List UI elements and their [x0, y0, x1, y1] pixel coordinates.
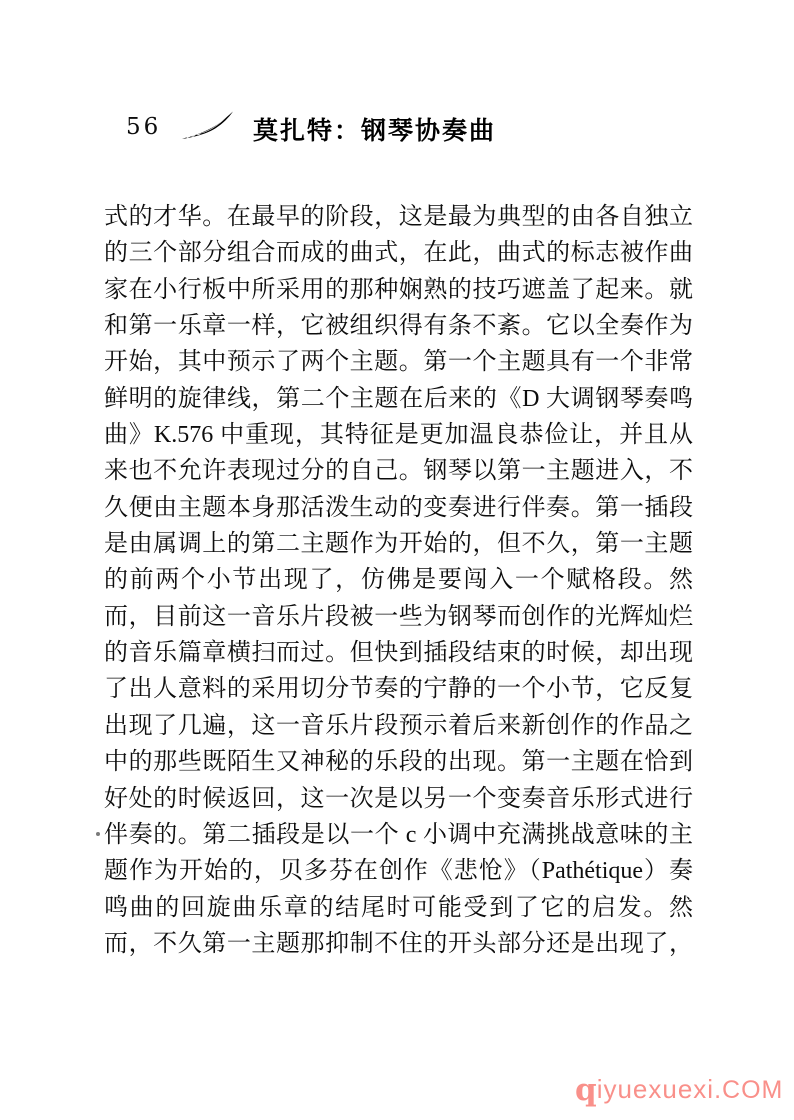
text-line: 是由属调上的第二主题作为开始的，但不久，第一主题 — [104, 526, 693, 562]
text-line: 的音乐篇章横扫而过。但快到插段结束的时候，却出现 — [104, 635, 693, 671]
text-line: 式的才华。在最早的阶段，这是最为典型的由各自独立 — [104, 199, 693, 235]
watermark-lead: q — [575, 1072, 597, 1108]
text-line: 和第一乐章一样，它被组织得有条不紊。它以全奏作为 — [104, 308, 693, 344]
text-line: 鸣曲的回旋曲乐章的结尾时可能受到了它的启发。然 — [104, 890, 693, 926]
text-line: 开始，其中预示了两个主题。第一个主题具有一个非常 — [104, 344, 693, 380]
text-line: 的前两个小节出现了，仿佛是要闯入一个赋格段。然 — [104, 562, 693, 598]
page-number: 56 — [126, 114, 161, 140]
text-line: 家在小行板中所采用的那种娴熟的技巧遮盖了起来。就 — [104, 272, 693, 308]
text-line: 鲜明的旋律线，第二个主题在后来的《D 大调钢琴奏鸣 — [104, 381, 693, 417]
text-line: 了出人意料的采用切分节奏的宁静的一个小节，它反复 — [104, 671, 693, 707]
text-line: 的三个部分组合而成的曲式，在此，曲式的标志被作曲 — [104, 235, 693, 271]
text-line: 而，目前这一音乐片段被一些为钢琴而创作的光辉灿烂 — [104, 599, 693, 635]
text-line: 来也不允许表现过分的自己。钢琴以第一主题进入，不 — [104, 453, 693, 489]
watermark-suffix: .COM — [714, 1076, 783, 1104]
quill-pen-icon — [180, 110, 236, 144]
text-line: 好处的时候返回，这一次是以另一个变奏音乐形式进行 — [104, 781, 693, 817]
text-line: 中的那些既陌生又神秘的乐段的出现。第一主题在恰到 — [104, 744, 693, 780]
watermark: qiyuexuexi.COM — [575, 1072, 783, 1108]
text-line: 而，不久第一主题那抑制不住的开头部分还是出现了， — [104, 926, 693, 962]
scanned-book-page: 56 莫扎特：钢琴协奏曲 式的才华。在最早的阶段，这是最为典型的由各自独立的三个… — [0, 0, 794, 1120]
text-line: 伴奏的。第二插段是以一个 c 小调中充满挑战意味的主 — [104, 817, 693, 853]
body-text: 式的才华。在最早的阶段，这是最为典型的由各自独立的三个部分组合而成的曲式，在此，… — [104, 199, 693, 962]
scan-speck — [96, 832, 100, 836]
text-line: 题作为开始的，贝多芬在创作《悲怆》（Pathétique）奏 — [104, 853, 693, 889]
text-line: 出现了几遍，这一音乐片段预示着后来新创作的作品之 — [104, 708, 693, 744]
watermark-rest: iyuexuexi — [597, 1074, 714, 1104]
text-line: 曲》K.576 中重现，其特征是更加温良恭俭让，并且从 — [104, 417, 693, 453]
running-title: 莫扎特：钢琴协奏曲 — [253, 111, 496, 147]
text-line: 久便由主题本身那活泼生动的变奏进行伴奏。第一插段 — [104, 490, 693, 526]
